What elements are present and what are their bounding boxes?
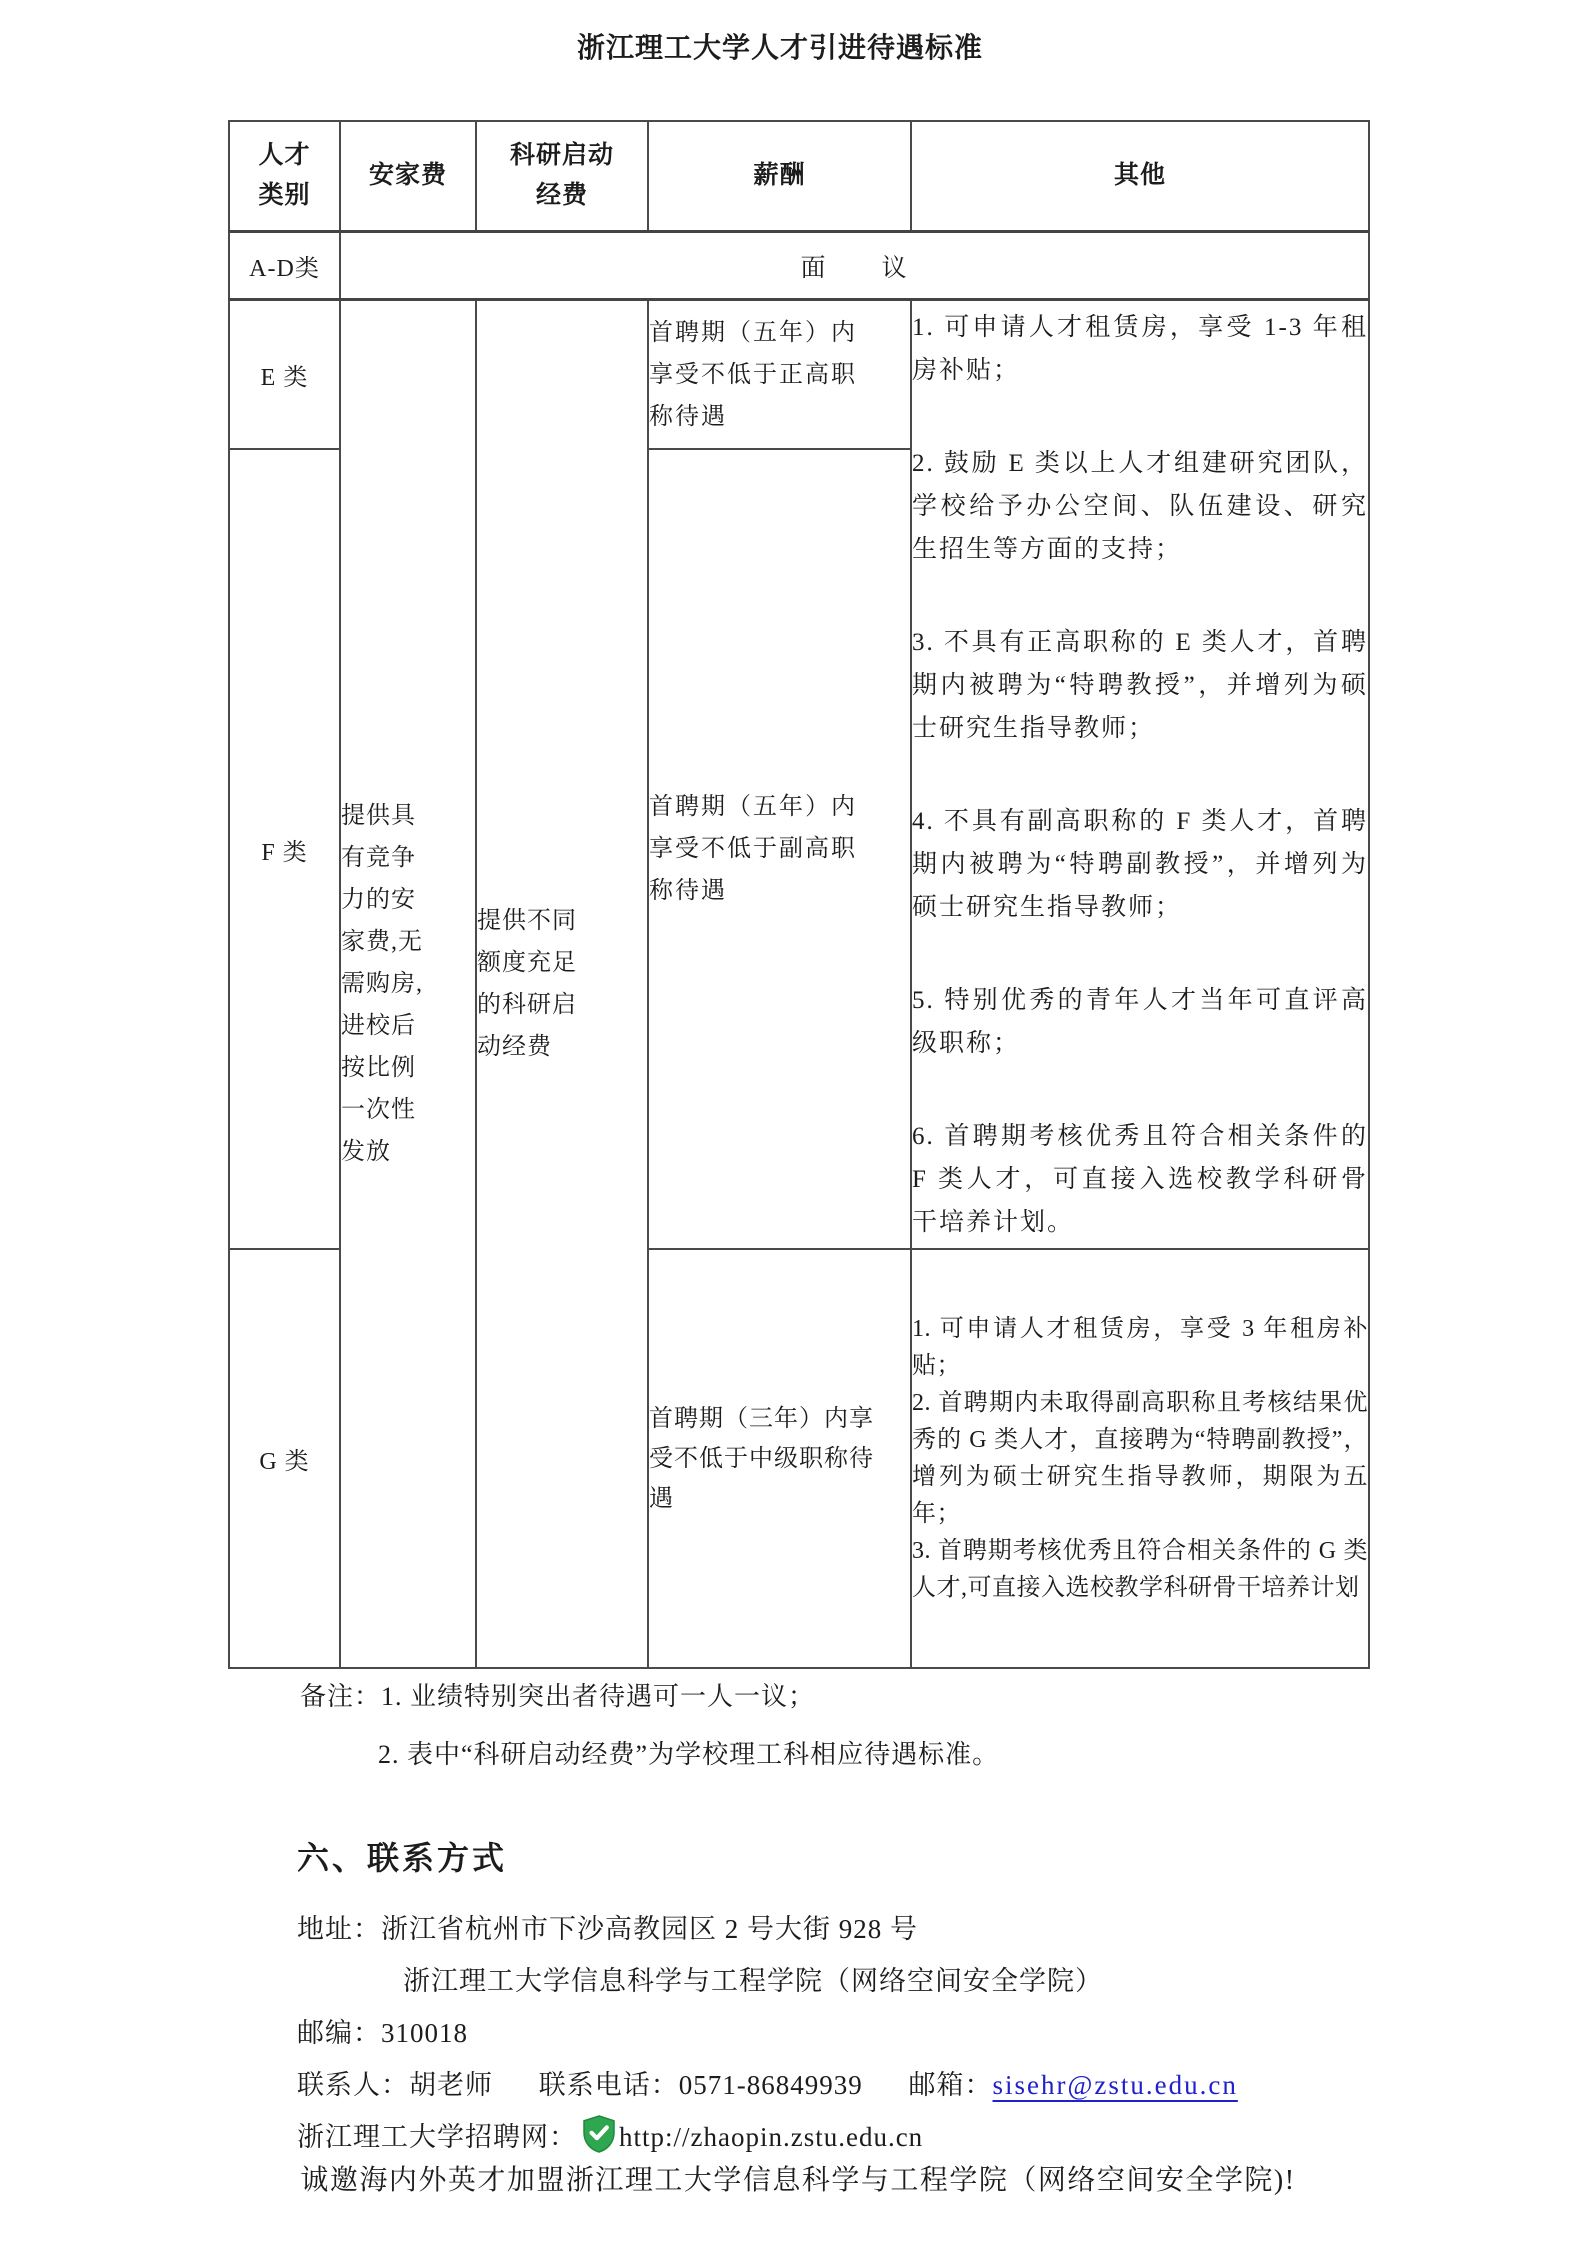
closing-line: 诚邀海内外英才加盟浙江理工大学信息科学与工程学院（网络空间安全学院)!	[228, 2158, 1368, 2198]
postal-label: 邮编：	[297, 2018, 381, 2048]
address-value: 浙江省杭州市下沙高教园区 2 号大街 928 号	[381, 1914, 918, 1944]
col-header-other: 其他	[911, 121, 1369, 232]
col-header-settling-fee: 安家费	[340, 121, 476, 232]
other-ef-item: 6. 首聘期考核优秀且符合相关条件的 F 类人才，可直接入选校教学科研骨干培养计…	[912, 1115, 1368, 1244]
other-ef-item: 1. 可申请人才租赁房，享受 1-3 年租房补贴；	[912, 306, 1368, 392]
benefits-table: 人才 类别 安家费 科研启动 经费 薪酬 其他 A-D类 面 议 E 类 提供具…	[228, 120, 1370, 1669]
notes-label: 备注：	[300, 1682, 381, 1711]
table-header-row: 人才 类别 安家费 科研启动 经费 薪酬 其他	[229, 121, 1369, 232]
salary-e-cell: 首聘期（五年）内 享受不低于正高职 称待遇	[648, 300, 911, 450]
contact-email: 邮箱：sisehr@zstu.edu.cn	[909, 2070, 1238, 2100]
col-header-salary: 薪酬	[648, 121, 911, 232]
email-link[interactable]: sisehr@zstu.edu.cn	[993, 2070, 1238, 2100]
row-label-f: F 类	[229, 449, 340, 1249]
other-ef-cell: 1. 可申请人才租赁房，享受 1-3 年租房补贴； 2. 鼓励 E 类以上人才组…	[911, 300, 1369, 1250]
other-g-item: 3. 首聘期考核优秀且符合相关条件的 G 类人才,可直接入选校教学科研骨干培养计…	[912, 1533, 1368, 1607]
other-ef-item: 2. 鼓励 E 类以上人才组建研究团队，学校给予办公空间、队伍建设、研究生招生等…	[912, 442, 1368, 571]
page-title: 浙江理工大学人才引进待遇标准	[0, 26, 1560, 66]
salary-g-cell: 首聘期（三年）内享 受不低于中级职称待 遇	[648, 1249, 911, 1668]
address-line: 地址：浙江省杭州市下沙高教园区 2 号大街 928 号	[297, 1903, 1238, 1955]
contact-phone: 联系电话：0571-86849939	[539, 2070, 863, 2100]
other-ef-item: 5. 特别优秀的青年人才当年可直评高级职称；	[912, 979, 1368, 1065]
document-page: 浙江理工大学人才引进待遇标准 人才 类别 安家费 科研启动 经费 薪酬 其他 A…	[0, 0, 1587, 2258]
contact-section: 六、联系方式 地址：浙江省杭州市下沙高教园区 2 号大街 928 号 浙江理工大…	[297, 1833, 1238, 2163]
contact-heading: 六、联系方式	[297, 1833, 1238, 1879]
address-line-2: 浙江理工大学信息科学与工程学院（网络空间安全学院）	[297, 1955, 1238, 2007]
note-item-1: 1. 业绩特别突出者待遇可一人一议；	[381, 1682, 815, 1711]
other-ef-item: 3. 不具有正高职称的 E 类人才，首聘期内被聘为“特聘教授”，并增列为硕士研究…	[912, 621, 1368, 750]
col-header-research-fund: 科研启动 经费	[476, 121, 648, 232]
address-value-2: 浙江理工大学信息科学与工程学院（网络空间安全学院）	[297, 1966, 1103, 1996]
research-fund-cell: 提供不同 额度充足 的科研启 动经费	[476, 300, 648, 1669]
address-label: 地址：	[297, 1914, 381, 1944]
contact-person: 联系人：胡老师	[297, 2070, 493, 2100]
other-g-cell: 1. 可申请人才租赁房，享受 3 年租房补贴； 2. 首聘期内未取得副高职称且考…	[911, 1249, 1369, 1668]
negotiable-cell: 面 议	[340, 232, 1369, 300]
notes-block: 备注：1. 业绩特别突出者待遇可一人一议； 2. 表中“科研启动经费”为学校理工…	[300, 1668, 999, 1784]
postal-code: 310018	[381, 2018, 468, 2048]
site-url: http://zhaopin.zstu.edu.cn	[619, 2122, 923, 2152]
settling-fee-cell: 提供具 有竞争 力的安 家费,无 需购房, 进校后 按比例 一次性 发放	[340, 300, 476, 1669]
site-label: 浙江理工大学招聘网：	[297, 2122, 577, 2152]
other-g-item: 2. 首聘期内未取得副高职称且考核结果优秀的 G 类人才，直接聘为“特聘副教授”…	[912, 1385, 1368, 1533]
row-label-g: G 类	[229, 1249, 340, 1668]
other-g-item: 1. 可申请人才租赁房，享受 3 年租房补贴；	[912, 1311, 1368, 1385]
security-shield-icon	[581, 2114, 617, 2154]
salary-f-cell: 首聘期（五年）内 享受不低于副高职 称待遇	[648, 449, 911, 1249]
table-row-e: E 类 提供具 有竞争 力的安 家费,无 需购房, 进校后 按比例 一次性 发放…	[229, 300, 1369, 450]
row-label-ad: A-D类	[229, 232, 340, 300]
col-header-talent-category: 人才 类别	[229, 121, 340, 232]
contact-person-line: 联系人：胡老师 联系电话：0571-86849939 邮箱：sisehr@zst…	[297, 2059, 1238, 2111]
postal-line: 邮编：310018	[297, 2007, 1238, 2059]
recruitment-site-line: 浙江理工大学招聘网：http://zhaopin.zstu.edu.cn	[297, 2111, 1238, 2163]
table-row-ad: A-D类 面 议	[229, 232, 1369, 300]
other-ef-item: 4. 不具有副高职称的 F 类人才，首聘期内被聘为“特聘副教授”，并增列为硕士研…	[912, 800, 1368, 929]
note-line-1: 备注：1. 业绩特别突出者待遇可一人一议；	[300, 1668, 999, 1726]
note-line-2: 2. 表中“科研启动经费”为学校理工科相应待遇标准。	[300, 1726, 999, 1784]
row-label-e: E 类	[229, 300, 340, 450]
